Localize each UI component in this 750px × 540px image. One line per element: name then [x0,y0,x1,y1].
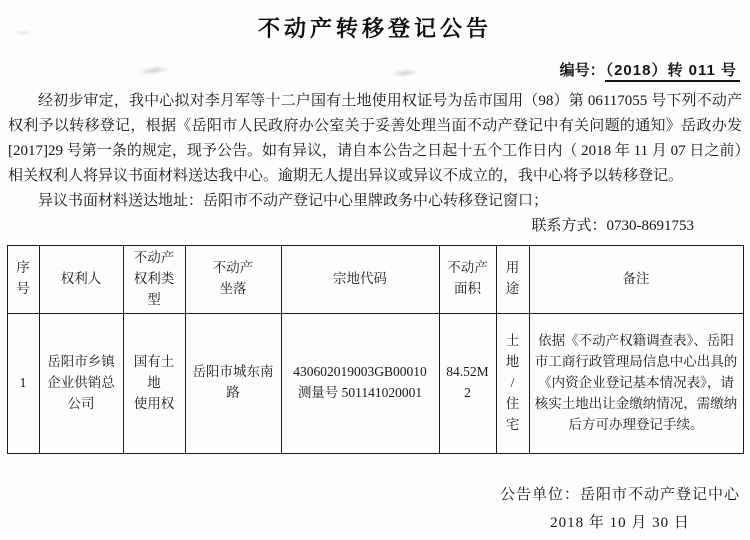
cell-usage: 土地 / 住宅 [496,313,529,453]
cell-location: 岳阳市城东南 路 [185,313,281,453]
cell-seq: 1 [7,313,39,453]
announcing-unit-value: 岳阳市不动产登记中心 [580,487,740,503]
cell-remark: 依据《不动产权籍调查表》、岳阳市工商行政管理局信息中心出具的《内资企业登记基本情… [529,313,743,453]
page-title: 不动产转移登记公告 [0,0,750,43]
announcing-unit-line: 公告单位：岳阳市不动产登记中心 [500,483,740,504]
paragraph-main: 经初步审定，我中心拟对李月军等十二户国有土地使用权证号为岳市国用（98）第 06… [8,89,742,189]
col-header-usage: 用 途 [496,246,529,314]
table-header-row: 序 号 权利人 不动产 权利类 型 不动产 坐落 宗地代码 不动产 面积 用 途… [7,246,743,314]
col-header-location: 不动产 坐落 [185,246,281,314]
registration-table: 序 号 权利人 不动产 权利类 型 不动产 坐落 宗地代码 不动产 面积 用 途… [7,245,744,454]
cell-parcel-code: 430602019003GB00010 测量号 501141020001 [281,313,439,453]
doc-number-value: （2018）转 011 号 [605,62,740,82]
announcing-unit-label: 公告单位： [500,487,580,503]
paragraph-address: 异议书面材料送达地址：岳阳市不动产登记中心里牌政务中心转移登记窗口； [8,189,742,214]
cell-holder: 岳阳市乡镇 企业供销总 公司 [39,313,123,453]
doc-number-line: 编号：（2018）转 011 号 [0,59,750,80]
col-header-right-type: 不动产 权利类 型 [123,246,185,314]
col-header-seq: 序 号 [7,246,39,314]
col-header-holder: 权利人 [39,246,123,314]
col-header-parcel-code: 宗地代码 [281,246,439,314]
announcement-page: 不动产转移登记公告 编号：（2018）转 011 号 经初步审定，我中心拟对李月… [0,0,750,540]
col-header-area: 不动产 面积 [439,246,496,314]
cell-right-type: 国有土 地 使用权 [123,313,185,453]
contact-line: 联系方式：0730-8691753 [8,214,742,239]
footer: 公告单位：岳阳市不动产登记中心 2018 年 10 月 30 日 [500,483,740,532]
col-header-remark: 备注 [529,246,743,314]
body-text: 经初步审定，我中心拟对李月军等十二户国有土地使用权证号为岳市国用（98）第 06… [8,89,742,239]
table-row: 1 岳阳市乡镇 企业供销总 公司 国有土 地 使用权 岳阳市城东南 路 4306… [7,313,743,453]
announcement-date: 2018 年 10 月 30 日 [500,511,740,532]
doc-number-label: 编号： [560,62,605,79]
cell-area: 84.52M2 [439,313,496,453]
